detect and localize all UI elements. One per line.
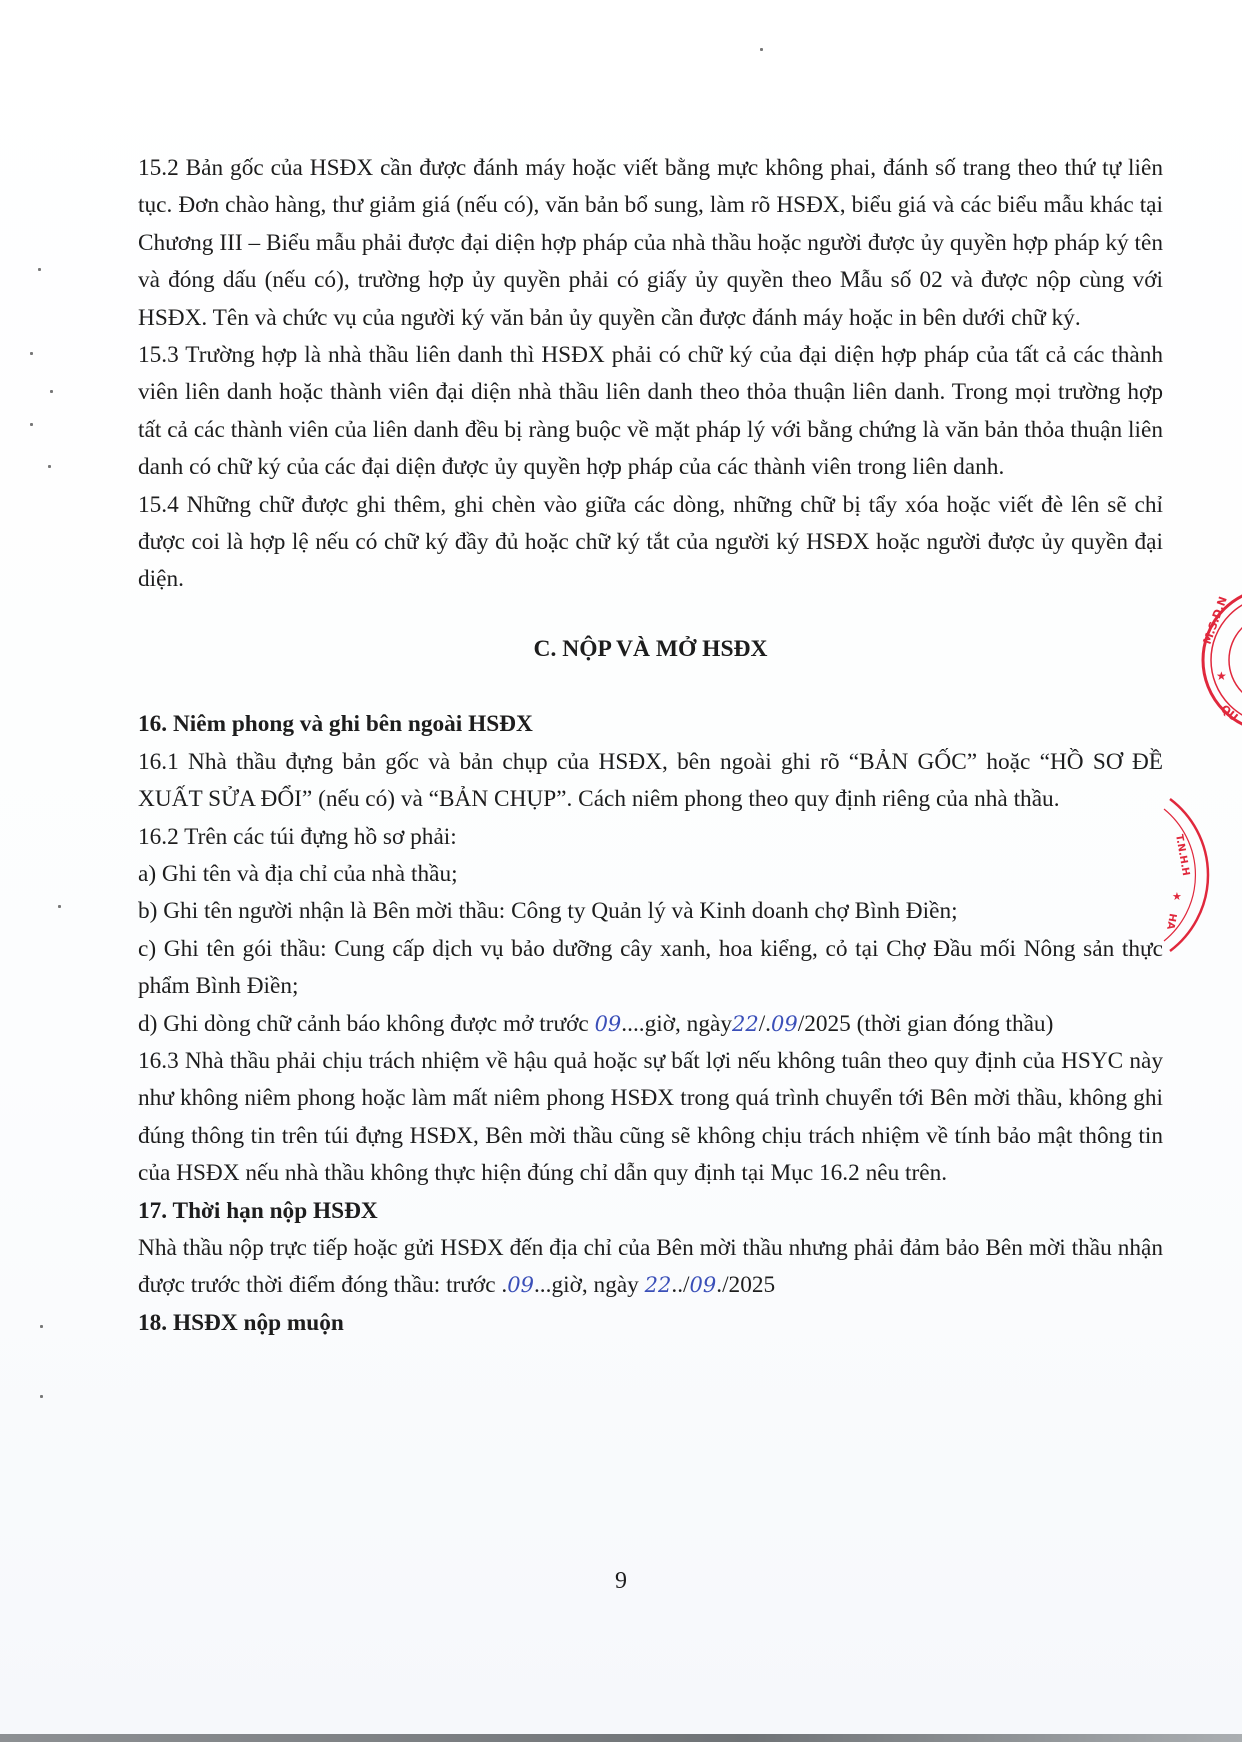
- svg-text:★: ★: [1172, 890, 1182, 903]
- paragraph-15-4: 15.4 Những chữ được ghi thêm, ghi chèn v…: [138, 487, 1163, 599]
- paragraph-17-text: ./2025: [716, 1272, 775, 1298]
- paragraph-17: Nhà thầu nộp trực tiếp hoặc gửi HSĐX đến…: [138, 1230, 1163, 1305]
- scan-speck: [760, 48, 763, 51]
- paragraph-17-text: ...giờ, ngày: [534, 1272, 645, 1298]
- paragraph-15-3: 15.3 Trường hợp là nhà thầu liên danh th…: [138, 337, 1163, 487]
- handwritten-day: 22: [732, 1012, 759, 1036]
- paragraph-16-1: 16.1 Nhà thầu đựng bản gốc và bản chụp c…: [138, 744, 1163, 819]
- item-16-2-a: a) Ghi tên và địa chỉ của nhà thầu;: [138, 856, 1163, 893]
- document-body: 15.2 Bản gốc của HSĐX cần được đánh máy …: [138, 150, 1163, 1342]
- scan-speck: [40, 1395, 43, 1398]
- scan-speck: [38, 268, 41, 271]
- document-page: 15.2 Bản gốc của HSĐX cần được đánh máy …: [0, 0, 1242, 1742]
- paragraph-16-2: 16.2 Trên các túi đựng hồ sơ phải:: [138, 819, 1163, 856]
- svg-text:HA: HA: [1164, 912, 1178, 930]
- section-c-heading: C. NỘP VÀ MỞ HSĐX: [138, 631, 1163, 668]
- item-16-2-d-sep: /.: [759, 1011, 771, 1037]
- item-16-2-d-text: ....giờ, ngày: [621, 1011, 732, 1037]
- heading-18: 18. HSĐX nộp muộn: [138, 1305, 1163, 1342]
- handwritten-month: 09: [771, 1012, 798, 1036]
- scan-speck: [30, 352, 33, 355]
- handwritten-day: 22: [645, 1273, 672, 1297]
- scan-speck: [40, 1325, 43, 1328]
- item-16-2-c: c) Ghi tên gói thầu: Cung cấp dịch vụ bả…: [138, 931, 1163, 1006]
- scan-speck: [58, 905, 61, 908]
- scan-speck: [48, 465, 51, 468]
- item-16-2-d: d) Ghi dòng chữ cảnh báo không được mở t…: [138, 1006, 1163, 1043]
- page-number: 9: [0, 1568, 1242, 1595]
- paragraph-15-2: 15.2 Bản gốc của HSĐX cần được đánh máy …: [138, 150, 1163, 337]
- paragraph-16-3: 16.3 Nhà thầu phải chịu trách nhiệm về h…: [138, 1043, 1163, 1193]
- handwritten-month: 09: [690, 1273, 717, 1297]
- company-seal-lower-icon: T.N.H.H ★ HA: [1162, 795, 1232, 955]
- scan-speck: [30, 423, 33, 426]
- item-16-2-b: b) Ghi tên người nhận là Bên mời thầu: C…: [138, 893, 1163, 930]
- svg-text:★: ★: [1216, 669, 1227, 683]
- paragraph-17-sep: ../: [671, 1272, 689, 1298]
- company-seal-upper-icon: M.S.D.N ★ QU: [1180, 585, 1242, 735]
- scan-bottom-edge: [0, 1734, 1242, 1742]
- item-16-2-d-text: d) Ghi dòng chữ cảnh báo không được mở t…: [138, 1011, 595, 1037]
- handwritten-hour: 09: [507, 1273, 534, 1297]
- item-16-2-d-text: /2025 (thời gian đóng thầu): [798, 1011, 1054, 1037]
- scan-speck: [50, 390, 53, 393]
- handwritten-hour: 09: [595, 1012, 622, 1036]
- heading-17: 17. Thời hạn nộp HSĐX: [138, 1193, 1163, 1230]
- heading-16: 16. Niêm phong và ghi bên ngoài HSĐX: [138, 706, 1163, 743]
